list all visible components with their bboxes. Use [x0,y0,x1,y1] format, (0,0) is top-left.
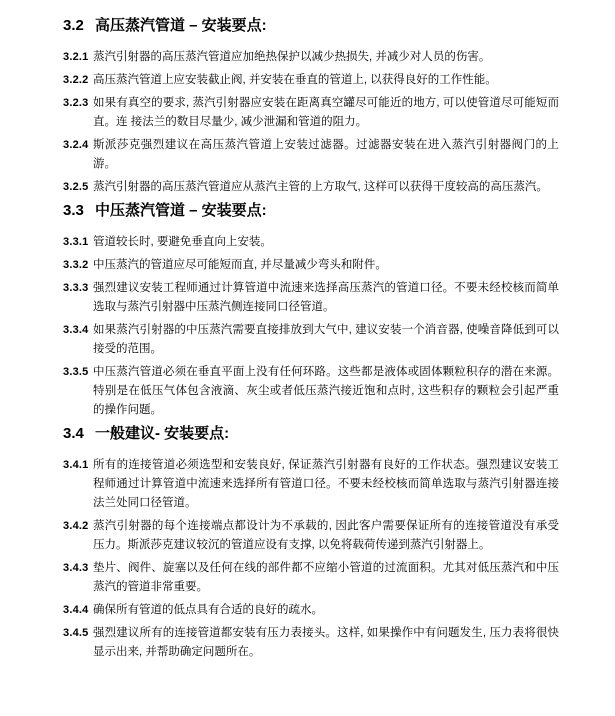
list-item: 3.4.5 强烈建议所有的连接管道都安装有压力表接头。这样, 如果操作中有问题发… [63,624,559,662]
item-text: 蒸汽引射器的高压蒸汽管道应从蒸汽主管的上方取气, 这样可以获得干度较高的高压蒸汽… [93,181,548,193]
item-number: 3.2.1 [63,48,88,67]
list-item: 3.2.3 如果有真空的要求, 蒸汽引射器应安装在距离真空罐尽可能近的地方, 可… [63,94,559,132]
item-number: 3.3.2 [63,256,88,275]
section-title: 一般建议- 安装要点: [95,424,229,444]
item-text: 强烈建议安装工程师通过计算管道中流速来选择高压蒸汽的管道口径。不要未经校核而简单… [93,282,559,313]
item-text: 确保所有管道的低点具有合适的良好的疏水。 [93,604,323,616]
section-header: 3.3 中压蒸汽管道 – 安装要点: [63,201,559,221]
list-item: 3.2.1 蒸汽引射器的高压蒸汽管道应加绝热保护以减少热损失, 并减少对人员的伤… [63,48,559,67]
section-header: 3.2 高压蒸汽管道 – 安装要点: [63,16,559,36]
item-text: 垫片、阀件、旋塞以及任何在线的部件都不应缩小管道的过流面积。尤其对低压蒸汽和中压… [93,562,559,593]
section-header: 3.4 一般建议- 安装要点: [63,424,559,444]
list-item: 3.3.5 中压蒸汽管道必须在垂直平面上没有任何环路。这些都是液体或固体颗粒积存… [63,363,559,420]
item-number: 3.3.1 [63,233,88,252]
list-item: 3.3.4 如果蒸汽引射器的中压蒸汽需要直接排放到大气中, 建议安装一个消音器,… [63,321,559,359]
item-number: 3.4.5 [63,624,88,643]
item-number: 3.3.5 [63,363,88,382]
item-text: 蒸汽引射器的每个连接端点都设计为不承载的, 因此客户需要保证所有的连接管道没有承… [93,520,559,551]
item-number: 3.4.1 [63,456,88,475]
section-title: 中压蒸汽管道 – 安装要点: [95,201,267,221]
item-number: 3.2.4 [63,136,88,155]
item-text: 所有的连接管道必须选型和安装良好, 保证蒸汽引射器有良好的工作状态。强烈建议安装… [93,459,559,509]
item-text: 蒸汽引射器的高压蒸汽管道应加绝热保护以减少热损失, 并减少对人员的伤害。 [93,51,490,63]
item-text: 中压蒸汽管道必须在垂直平面上没有任何环路。这些都是液体或固体颗粒积存的潜在来源。… [93,366,559,416]
section-number: 3.4 [63,424,95,444]
item-text: 如果蒸汽引射器的中压蒸汽需要直接排放到大气中, 建议安装一个消音器, 使噪音降低… [93,324,559,355]
section-high-pressure-steam-piping: 3.2 高压蒸汽管道 – 安装要点: 3.2.1 蒸汽引射器的高压蒸汽管道应加绝… [63,16,559,197]
item-text: 斯派莎克强烈建议在高压蒸汽管道上安装过滤器。过滤器安装在进入蒸汽引射器阀门的上游… [93,139,559,170]
document-page: 3.2 高压蒸汽管道 – 安装要点: 3.2.1 蒸汽引射器的高压蒸汽管道应加绝… [0,0,615,716]
item-number: 3.3.3 [63,279,88,298]
list-item: 3.4.4 确保所有管道的低点具有合适的良好的疏水。 [63,601,559,620]
item-number: 3.4.3 [63,559,88,578]
list-item: 3.2.4 斯派莎克强烈建议在高压蒸汽管道上安装过滤器。过滤器安装在进入蒸汽引射… [63,136,559,174]
item-number: 3.2.2 [63,71,88,90]
section-medium-pressure-steam-piping: 3.3 中压蒸汽管道 – 安装要点: 3.3.1 管道较长时, 要避免垂直向上安… [63,201,559,420]
item-number: 3.2.3 [63,94,88,113]
list-item: 3.3.1 管道较长时, 要避免垂直向上安装。 [63,233,559,252]
item-text: 中压蒸汽的管道应尽可能短而直, 并尽量减少弯头和附件。 [93,259,387,271]
list-item: 3.3.3 强烈建议安装工程师通过计算管道中流速来选择高压蒸汽的管道口径。不要未… [63,279,559,317]
item-number: 3.4.2 [63,517,88,536]
list-item: 3.2.2 高压蒸汽管道上应安装截止阀, 并安装在垂直的管道上, 以获得良好的工… [63,71,559,90]
list-item: 3.2.5 蒸汽引射器的高压蒸汽管道应从蒸汽主管的上方取气, 这样可以获得干度较… [63,178,559,197]
item-text: 管道较长时, 要避免垂直向上安装。 [93,236,272,248]
section-number: 3.2 [63,16,95,36]
item-number: 3.4.4 [63,601,88,620]
section-general-recommendations: 3.4 一般建议- 安装要点: 3.4.1 所有的连接管道必须选型和安装良好, … [63,424,559,662]
item-text: 高压蒸汽管道上应安装截止阀, 并安装在垂直的管道上, 以获得良好的工作性能。 [93,74,497,86]
item-number: 3.3.4 [63,321,88,340]
list-item: 3.4.2 蒸汽引射器的每个连接端点都设计为不承载的, 因此客户需要保证所有的连… [63,517,559,555]
item-number: 3.2.5 [63,178,88,197]
section-title: 高压蒸汽管道 – 安装要点: [95,16,267,36]
list-item: 3.4.1 所有的连接管道必须选型和安装良好, 保证蒸汽引射器有良好的工作状态。… [63,456,559,513]
item-text: 强烈建议所有的连接管道都安装有压力表接头。这样, 如果操作中有问题发生, 压力表… [93,627,559,658]
list-item: 3.4.3 垫片、阀件、旋塞以及任何在线的部件都不应缩小管道的过流面积。尤其对低… [63,559,559,597]
item-text: 如果有真空的要求, 蒸汽引射器应安装在距离真空罐尽可能近的地方, 可以使管道尽可… [93,97,559,128]
section-number: 3.3 [63,201,95,221]
list-item: 3.3.2 中压蒸汽的管道应尽可能短而直, 并尽量减少弯头和附件。 [63,256,559,275]
